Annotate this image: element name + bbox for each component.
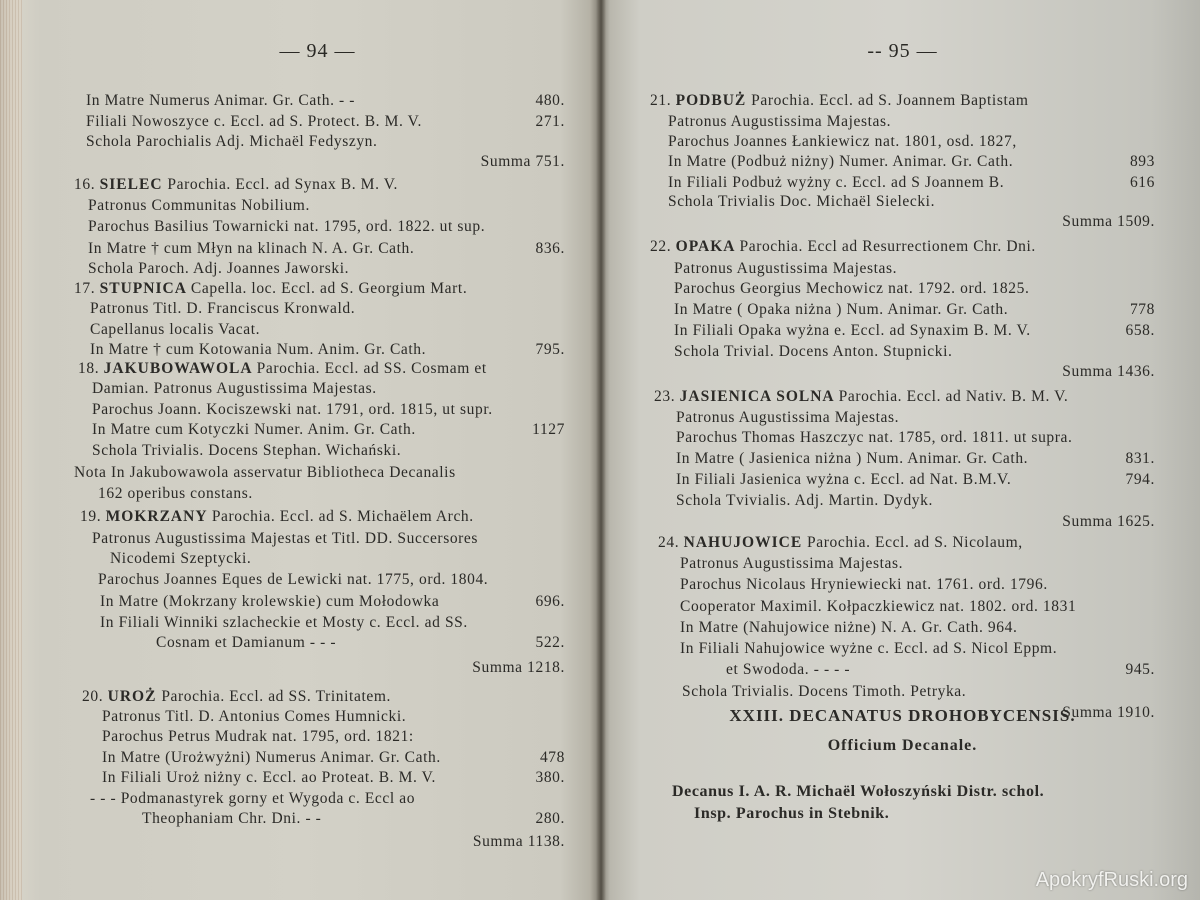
line-text: Parochus Nicolaus Hryniewiecki nat. 1761…: [680, 576, 1048, 593]
parish-entry-heading: 19. MOKRZANY Parochia. Eccl. ad S. Micha…: [80, 508, 565, 526]
line-text: Nicodemi Szeptycki.: [110, 550, 251, 567]
text-line: et Swododa. - - - -945.: [726, 661, 1155, 679]
line-text: In Matre (Urożwyżni) Numerus Animar. Gr.…: [102, 749, 441, 766]
text-line: In Matre (Mokrzany krolewskie) cum Mołod…: [100, 593, 565, 611]
text-line: - - - Podmanastyrek gorny et Wygoda c. E…: [90, 790, 565, 808]
decanus-line: Decanus I. A. R. Michaël Wołoszyński Dis…: [672, 783, 1044, 801]
text-line: In Filiali Nahujowice wyżne c. Eccl. ad …: [680, 640, 1155, 658]
parish-name: UROŻ: [108, 688, 162, 705]
text-line: Patronus Augustissima Majestas.: [668, 113, 1155, 131]
text-line: Theophaniam Chr. Dni. - -280.: [142, 810, 565, 828]
parish-entry-heading: 20. UROŻ Parochia. Eccl. ad SS. Trinitat…: [82, 688, 565, 706]
summa-line: Summa 1509.: [1062, 213, 1155, 231]
text-line: Nicodemi Szeptycki.: [110, 550, 565, 568]
count-value: 795.: [535, 341, 565, 359]
text-line: Patronus Augustissima Majestas.: [676, 409, 1155, 427]
line-text: Schola Paroch. Adj. Joannes Jaworski.: [88, 260, 349, 277]
parish-entry-heading: 24. NAHUJOWICE Parochia. Eccl. ad S. Nic…: [658, 534, 1155, 552]
text-line: Parochus Nicolaus Hryniewiecki nat. 1761…: [680, 576, 1155, 594]
text-line: Nota In Jakubowawola asservatur Biblioth…: [74, 464, 565, 482]
line-text: Capellanus localis Vacat.: [90, 321, 260, 338]
line-text: Patronus Augustissima Majestas.: [680, 555, 903, 572]
summa-line: Summa 1218.: [472, 659, 565, 677]
line-text: Parochus Thomas Haszczyc nat. 1785, ord.…: [676, 429, 1072, 446]
text-line: In Matre (Urożwyżni) Numerus Animar. Gr.…: [102, 749, 565, 767]
line-text: Capella. loc. Eccl. ad S. Georgium Mart.: [191, 280, 467, 297]
page-number: -- 95 —: [650, 40, 1155, 63]
summa-line: Summa 751.: [481, 153, 565, 171]
text-line: Parochus Thomas Haszczyc nat. 1785, ord.…: [676, 429, 1155, 447]
line-text: In Filiali Nahujowice wyżne c. Eccl. ad …: [680, 640, 1057, 657]
count-value: 280.: [535, 810, 565, 828]
parish-entry-heading: 21. PODBUŻ Parochia. Eccl. ad S. Joannem…: [650, 92, 1155, 110]
line-text: Schola Tvivialis. Adj. Martin. Dydyk.: [676, 492, 933, 509]
summa-line: Summa 1436.: [1062, 363, 1155, 381]
text-line: Parochus Petrus Mudrak nat. 1795, ord. 1…: [102, 728, 565, 746]
summa-line: Summa 1625.: [1062, 513, 1155, 531]
line-text: Summa 1509.: [1062, 213, 1155, 230]
line-text: In Matre Numerus Animar. Gr. Cath. - -: [86, 92, 355, 109]
text-line: In Matre (Nahujowice niżne) N. A. Gr. Ca…: [680, 619, 1155, 637]
page-number: — 94 —: [70, 40, 565, 63]
text-line: In Matre ( Opaka niżna ) Num. Animar. Gr…: [674, 301, 1155, 319]
line-text: Parochus Joann. Kociszewski nat. 1791, o…: [92, 401, 493, 418]
section-title: XXIII. DECANATUS DROHOBYCENSIS.: [650, 707, 1155, 725]
text-line: Patronus Titl. D. Antonius Comes Humnick…: [102, 708, 565, 726]
parish-entry-heading: 23. JASIENICA SOLNA Parochia. Eccl. ad N…: [654, 388, 1155, 406]
text-line: Capellanus localis Vacat.: [90, 321, 565, 339]
parish-name: OPAKA: [676, 238, 740, 255]
line-text: Parochus Petrus Mudrak nat. 1795, ord. 1…: [102, 728, 414, 745]
entry-number: 16.: [74, 176, 100, 193]
text-line: Schola Trivialis Doc. Michaël Sielecki.: [668, 193, 1155, 211]
text-line: Damian. Patronus Augustissima Majestas.: [92, 380, 565, 398]
text-line: Schola Trivialis. Docens Stephan. Wichań…: [92, 442, 565, 460]
text-line: Patronus Communitas Nobilium.: [88, 197, 565, 215]
text-line: 162 operibus constans.: [98, 485, 565, 503]
line-text: Patronus Augustissima Majestas.: [668, 113, 891, 130]
entry-number: 24.: [658, 534, 684, 551]
parish-entry-heading: 16. SIELEC Parochia. Eccl. ad Synax B. M…: [74, 176, 565, 194]
text-line: In Matre † cum Młyn na klinach N. A. Gr.…: [88, 240, 565, 258]
count-value: 480.: [535, 92, 565, 110]
page-edges: [0, 0, 22, 900]
line-text: Cooperator Maximil. Kołpaczkiewicz nat. …: [680, 598, 1076, 615]
count-value: 778: [1130, 301, 1155, 319]
line-text: Theophaniam Chr. Dni. - -: [142, 810, 321, 827]
entry-number: 17.: [74, 280, 100, 297]
line-text: Parochus Georgius Mechowicz nat. 1792. o…: [674, 280, 1029, 297]
line-text: In Matre ( Opaka niżna ) Num. Animar. Gr…: [674, 301, 1008, 318]
count-value: 658.: [1125, 322, 1155, 340]
entry-number: 22.: [650, 238, 676, 255]
text-line: Parochus Joannes Łankiewicz nat. 1801, o…: [668, 133, 1155, 151]
count-value: 522.: [535, 634, 565, 652]
line-text: Cosnam et Damianum - - -: [156, 634, 336, 651]
line-text: In Matre † cum Młyn na klinach N. A. Gr.…: [88, 240, 414, 257]
line-text: Patronus Communitas Nobilium.: [88, 197, 310, 214]
parish-name: NAHUJOWICE: [684, 534, 807, 551]
text-line: Schola Trivial. Docens Anton. Stupnicki.: [674, 343, 1155, 361]
parish-name: MOKRZANY: [106, 508, 212, 525]
line-text: Summa 751.: [481, 153, 565, 170]
line-text: Schola Trivial. Docens Anton. Stupnicki.: [674, 343, 952, 360]
parish-name: PODBUŻ: [676, 92, 751, 109]
entry-number: 21.: [650, 92, 676, 109]
line-text: 162 operibus constans.: [98, 485, 253, 502]
text-line: Parochus Basilius Towarnicki nat. 1795, …: [88, 218, 565, 236]
line-text: Nota In Jakubowawola asservatur Biblioth…: [74, 464, 456, 481]
line-text: Parochia. Eccl. ad Synax B. M. V.: [167, 176, 398, 193]
text-line: Cooperator Maximil. Kołpaczkiewicz nat. …: [680, 598, 1155, 616]
parish-entry-heading: 18. JAKUBOWAWOLA Parochia. Eccl. ad SS. …: [78, 360, 565, 378]
line-text: Parochia. Eccl. ad S. Joannem Baptistam: [751, 92, 1028, 109]
text-line: Cosnam et Damianum - - -522.: [156, 634, 565, 652]
line-text: In Filiali Opaka wyżna e. Eccl. ad Synax…: [674, 322, 1031, 339]
parish-name: STUPNICA: [100, 280, 191, 297]
parish-name: JASIENICA SOLNA: [680, 388, 839, 405]
line-text: Filiali Nowoszyce c. Eccl. ad S. Protect…: [86, 113, 422, 130]
line-text: In Matre (Mokrzany krolewskie) cum Mołod…: [100, 593, 439, 610]
line-text: et Swododa. - - - -: [726, 661, 850, 678]
line-text: Patronus Augustissima Majestas et Titl. …: [92, 530, 478, 547]
line-text: Schola Trivialis. Docens Stephan. Wichań…: [92, 442, 401, 459]
text-line: Schola Tvivialis. Adj. Martin. Dydyk.: [676, 492, 1155, 510]
text-line: In Filiali Opaka wyżna e. Eccl. ad Synax…: [674, 322, 1155, 340]
decanus-line-2: Insp. Parochus in Stebnik.: [694, 805, 889, 823]
line-text: Patronus Augustissima Majestas.: [676, 409, 899, 426]
text-line: Patronus Titl. D. Franciscus Kronwald.: [90, 300, 565, 318]
count-value: 831.: [1125, 450, 1155, 468]
text-line: In Matre Numerus Animar. Gr. Cath. - -48…: [86, 92, 565, 110]
line-text: Schola Trivialis Doc. Michaël Sielecki.: [668, 193, 935, 210]
line-text: In Filiali Uroż niżny c. Eccl. ao Protea…: [102, 769, 436, 786]
text-line: In Matre cum Kotyczki Numer. Anim. Gr. C…: [92, 421, 565, 439]
line-text: Schola Parochialis Adj. Michaël Fedyszyn…: [86, 133, 378, 150]
line-text: Summa 1138.: [473, 833, 565, 850]
count-value: 380.: [535, 769, 565, 787]
count-value: 836.: [535, 240, 565, 258]
line-text: - - - Podmanastyrek gorny et Wygoda c. E…: [90, 790, 415, 807]
parish-name: JAKUBOWAWOLA: [104, 360, 257, 377]
line-text: Parochus Basilius Towarnicki nat. 1795, …: [88, 218, 485, 235]
line-text: In Filiali Winniki szlacheckie et Mosty …: [100, 614, 468, 631]
book-gutter: [596, 0, 606, 900]
line-text: In Matre (Podbuż niżny) Numer. Animar. G…: [668, 153, 1013, 170]
text-line: Patronus Augustissima Majestas et Titl. …: [92, 530, 565, 548]
text-line: Schola Parochialis Adj. Michaël Fedyszyn…: [86, 133, 565, 151]
right-page: -- 95 — 21. PODBUŻ Parochia. Eccl. ad S.…: [650, 0, 1155, 900]
text-line: In Matre † cum Kotowania Num. Anim. Gr. …: [90, 341, 565, 359]
parish-entry-heading: 22. OPAKA Parochia. Eccl ad Resurrection…: [650, 238, 1155, 256]
line-text: Parochia. Eccl. ad SS. Trinitatem.: [161, 688, 391, 705]
entry-number: 18.: [78, 360, 104, 377]
entry-number: 19.: [80, 508, 106, 525]
line-text: Summa 1436.: [1062, 363, 1155, 380]
line-text: Patronus Augustissima Majestas.: [674, 260, 897, 277]
text-line: Parochus Georgius Mechowicz nat. 1792. o…: [674, 280, 1155, 298]
count-value: 794.: [1125, 471, 1155, 489]
line-text: Schola Trivialis. Docens Timoth. Petryka…: [682, 683, 966, 700]
count-value: 1127: [532, 421, 565, 439]
line-text: In Matre ( Jasienica niżna ) Num. Animar…: [676, 450, 1028, 467]
text-line: In Matre ( Jasienica niżna ) Num. Animar…: [676, 450, 1155, 468]
line-text: Parochia. Eccl. ad S. Michaëlem Arch.: [212, 508, 474, 525]
text-line: Schola Paroch. Adj. Joannes Jaworski.: [88, 260, 565, 278]
section-subtitle: Officium Decanale.: [650, 737, 1155, 755]
parish-entry-heading: 17. STUPNICA Capella. loc. Eccl. ad S. G…: [74, 280, 565, 298]
text-line: In Filiali Winniki szlacheckie et Mosty …: [100, 614, 565, 632]
line-text: In Filiali Podbuż wyżny c. Eccl. ad S Jo…: [668, 174, 1004, 191]
line-text: Parochia. Eccl. ad SS. Cosmam et: [257, 360, 487, 377]
text-line: In Filiali Podbuż wyżny c. Eccl. ad S Jo…: [668, 174, 1155, 192]
entry-number: 20.: [82, 688, 108, 705]
line-text: Summa 1625.: [1062, 513, 1155, 530]
text-line: In Filiali Jasienica wyżna c. Eccl. ad N…: [676, 471, 1155, 489]
text-line: Patronus Augustissima Majestas.: [680, 555, 1155, 573]
line-text: Patronus Titl. D. Franciscus Kronwald.: [90, 300, 355, 317]
text-line: Schola Trivialis. Docens Timoth. Petryka…: [682, 683, 1155, 701]
line-text: Patronus Titl. D. Antonius Comes Humnick…: [102, 708, 406, 725]
line-text: Parochia. Eccl. ad Nativ. B. M. V.: [839, 388, 1069, 405]
line-text: Parochia. Eccl ad Resurrectionem Chr. Dn…: [740, 238, 1036, 255]
entry-number: 23.: [654, 388, 680, 405]
line-text: Parochia. Eccl. ad S. Nicolaum,: [807, 534, 1023, 551]
text-line: Parochus Joannes Eques de Lewicki nat. 1…: [98, 571, 565, 589]
text-line: Patronus Augustissima Majestas.: [674, 260, 1155, 278]
left-page: — 94 — In Matre Numerus Animar. Gr. Cath…: [70, 0, 565, 900]
line-text: In Matre † cum Kotowania Num. Anim. Gr. …: [90, 341, 426, 358]
line-text: In Filiali Jasienica wyżna c. Eccl. ad N…: [676, 471, 1011, 488]
parish-name: SIELEC: [100, 176, 168, 193]
text-line: In Matre (Podbuż niżny) Numer. Animar. G…: [668, 153, 1155, 171]
text-line: Filiali Nowoszyce c. Eccl. ad S. Protect…: [86, 113, 565, 131]
count-value: 616: [1130, 174, 1155, 192]
count-value: 945.: [1125, 661, 1155, 679]
count-value: 893: [1130, 153, 1155, 171]
count-value: 478: [540, 749, 565, 767]
line-text: In Matre (Nahujowice niżne) N. A. Gr. Ca…: [680, 619, 1017, 636]
line-text: Summa 1218.: [472, 659, 565, 676]
text-line: Parochus Joann. Kociszewski nat. 1791, o…: [92, 401, 565, 419]
text-line: In Filiali Uroż niżny c. Eccl. ao Protea…: [102, 769, 565, 787]
count-value: 696.: [535, 593, 565, 611]
line-text: In Matre cum Kotyczki Numer. Anim. Gr. C…: [92, 421, 416, 438]
line-text: Damian. Patronus Augustissima Majestas.: [92, 380, 377, 397]
summa-line: Summa 1138.: [473, 833, 565, 851]
line-text: Parochus Joannes Eques de Lewicki nat. 1…: [98, 571, 488, 588]
count-value: 271.: [535, 113, 565, 131]
watermark: ApokryfRuski.org: [1036, 869, 1188, 892]
line-text: Parochus Joannes Łankiewicz nat. 1801, o…: [668, 133, 1017, 150]
